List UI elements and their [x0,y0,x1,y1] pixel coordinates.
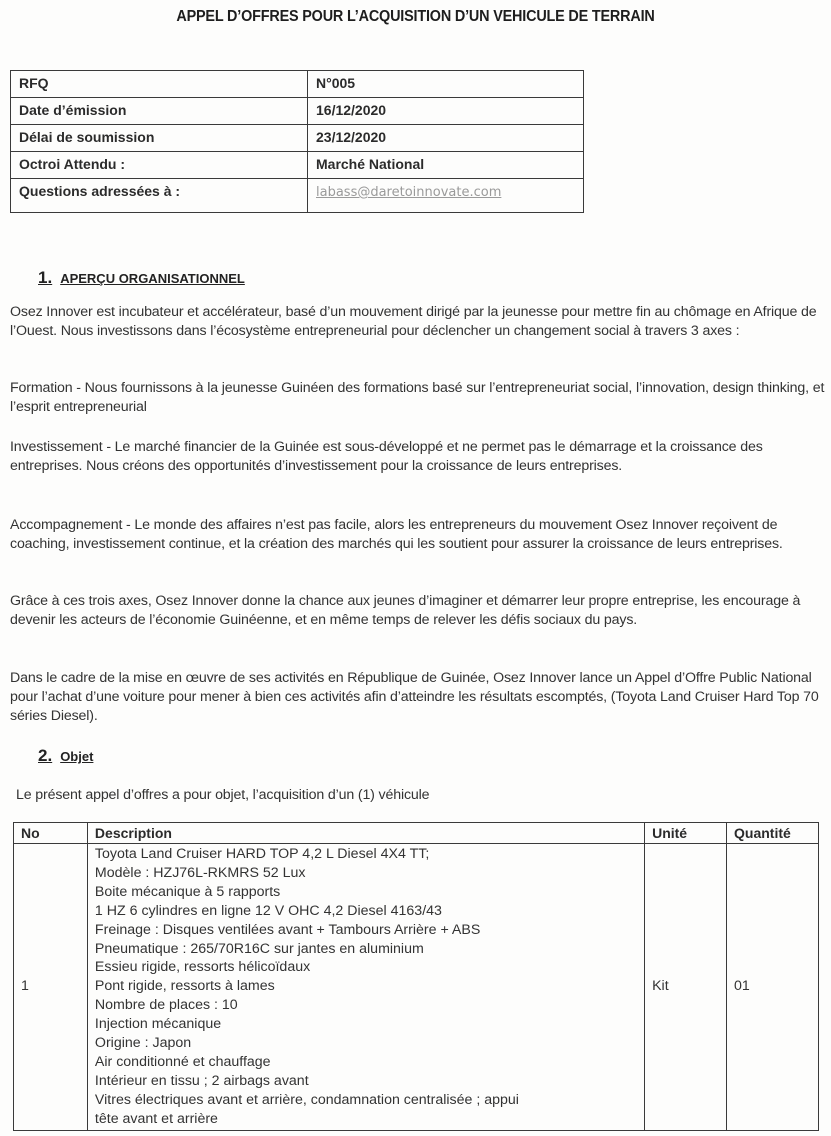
info-row-issue-date: Date d’émission 16/12/2020 [11,98,584,125]
description-line: Boite mécanique à 5 rapports [95,883,637,902]
column-header-quantity: Quantité [727,823,819,844]
section-number: 1. [38,268,52,287]
description-line: tête avant et arrière [95,1110,637,1129]
info-label: Délai de soumission [11,125,308,152]
section-number: 2. [38,746,52,765]
description-line: Nombre de places : 10 [95,996,637,1015]
paragraph-accompagnement: Accompagnement - Le monde des affaires n… [10,516,825,554]
info-value: 23/12/2020 [308,125,584,152]
paragraph-context: Dans le cadre de la mise en œuvre de ses… [10,669,825,726]
info-row-deadline: Délai de soumission 23/12/2020 [11,125,584,152]
info-row-questions: Questions adressées à : labass@daretoinn… [11,179,584,213]
paragraph-objet: Le présent appel d’offres a pour objet, … [16,786,831,805]
info-row-rfq: RFQ N°005 [11,71,584,98]
info-value: N°005 [308,71,584,98]
document-title: APPEL D’OFFRES POUR L’ACQUISITION D’UN V… [29,8,802,26]
rfq-info-table: RFQ N°005 Date d’émission 16/12/2020 Dél… [10,70,584,213]
column-header-unit: Unité [645,823,727,844]
contact-email-link[interactable]: labass@daretoinnovate.com [316,185,501,200]
description-line: Toyota Land Cruiser HARD TOP 4,2 L Diese… [95,845,637,864]
items-header-row: No Description Unité Quantité [14,823,819,844]
description-line: Pont rigide, ressorts à lames [95,977,637,996]
item-quantity: 01 [727,844,819,1131]
column-header-description: Description [87,823,644,844]
section-title: Objet [60,749,93,764]
items-table: No Description Unité Quantité 1 Toyota L… [13,822,819,1131]
item-description: Toyota Land Cruiser HARD TOP 4,2 L Diese… [87,844,644,1131]
description-line: Vitres électriques avant et arrière, con… [95,1091,637,1110]
column-header-no: No [14,823,88,844]
paragraph-axes: Grâce à ces trois axes, Osez Innover don… [10,592,825,630]
table-row: 1 Toyota Land Cruiser HARD TOP 4,2 L Die… [14,844,819,1131]
description-line: 1 HZ 6 cylindres en ligne 12 V OHC 4,2 D… [95,902,637,921]
info-row-award: Octroi Attendu : Marché National [11,152,584,179]
description-line: Intérieur en tissu ; 2 airbags avant [95,1072,637,1091]
description-line: Pneumatique : 265/70R16C sur jantes en a… [95,940,637,959]
item-number: 1 [14,844,88,1131]
description-line: Origine : Japon [95,1034,637,1053]
section-2-heading: 2.Objet [38,746,93,766]
description-line: Freinage : Disques ventilées avant + Tam… [95,921,637,940]
description-line: Injection mécanique [95,1015,637,1034]
info-label: Questions adressées à : [11,179,308,213]
info-label: Date d’émission [11,98,308,125]
paragraph-formation: Formation - Nous fournissons à la jeunes… [10,379,825,417]
description-line: Modèle : HZJ76L-RKMRS 52 Lux [95,864,637,883]
info-value-cell: labass@daretoinnovate.com [308,179,584,213]
info-value: 16/12/2020 [308,98,584,125]
description-line: Essieu rigide, ressorts hélicoïdaux [95,958,637,977]
info-label: RFQ [11,71,308,98]
info-label: Octroi Attendu : [11,152,308,179]
item-unit: Kit [645,844,727,1131]
section-1-heading: 1.APERÇU ORGANISATIONNEL [38,268,245,288]
paragraph-investissement: Investissement - Le marché financier de … [10,438,825,476]
info-value: Marché National [308,152,584,179]
paragraph-intro: Osez Innover est incubateur et accélérat… [10,303,825,341]
section-title: APERÇU ORGANISATIONNEL [60,271,245,286]
description-line: Air conditionné et chauffage [95,1053,637,1072]
